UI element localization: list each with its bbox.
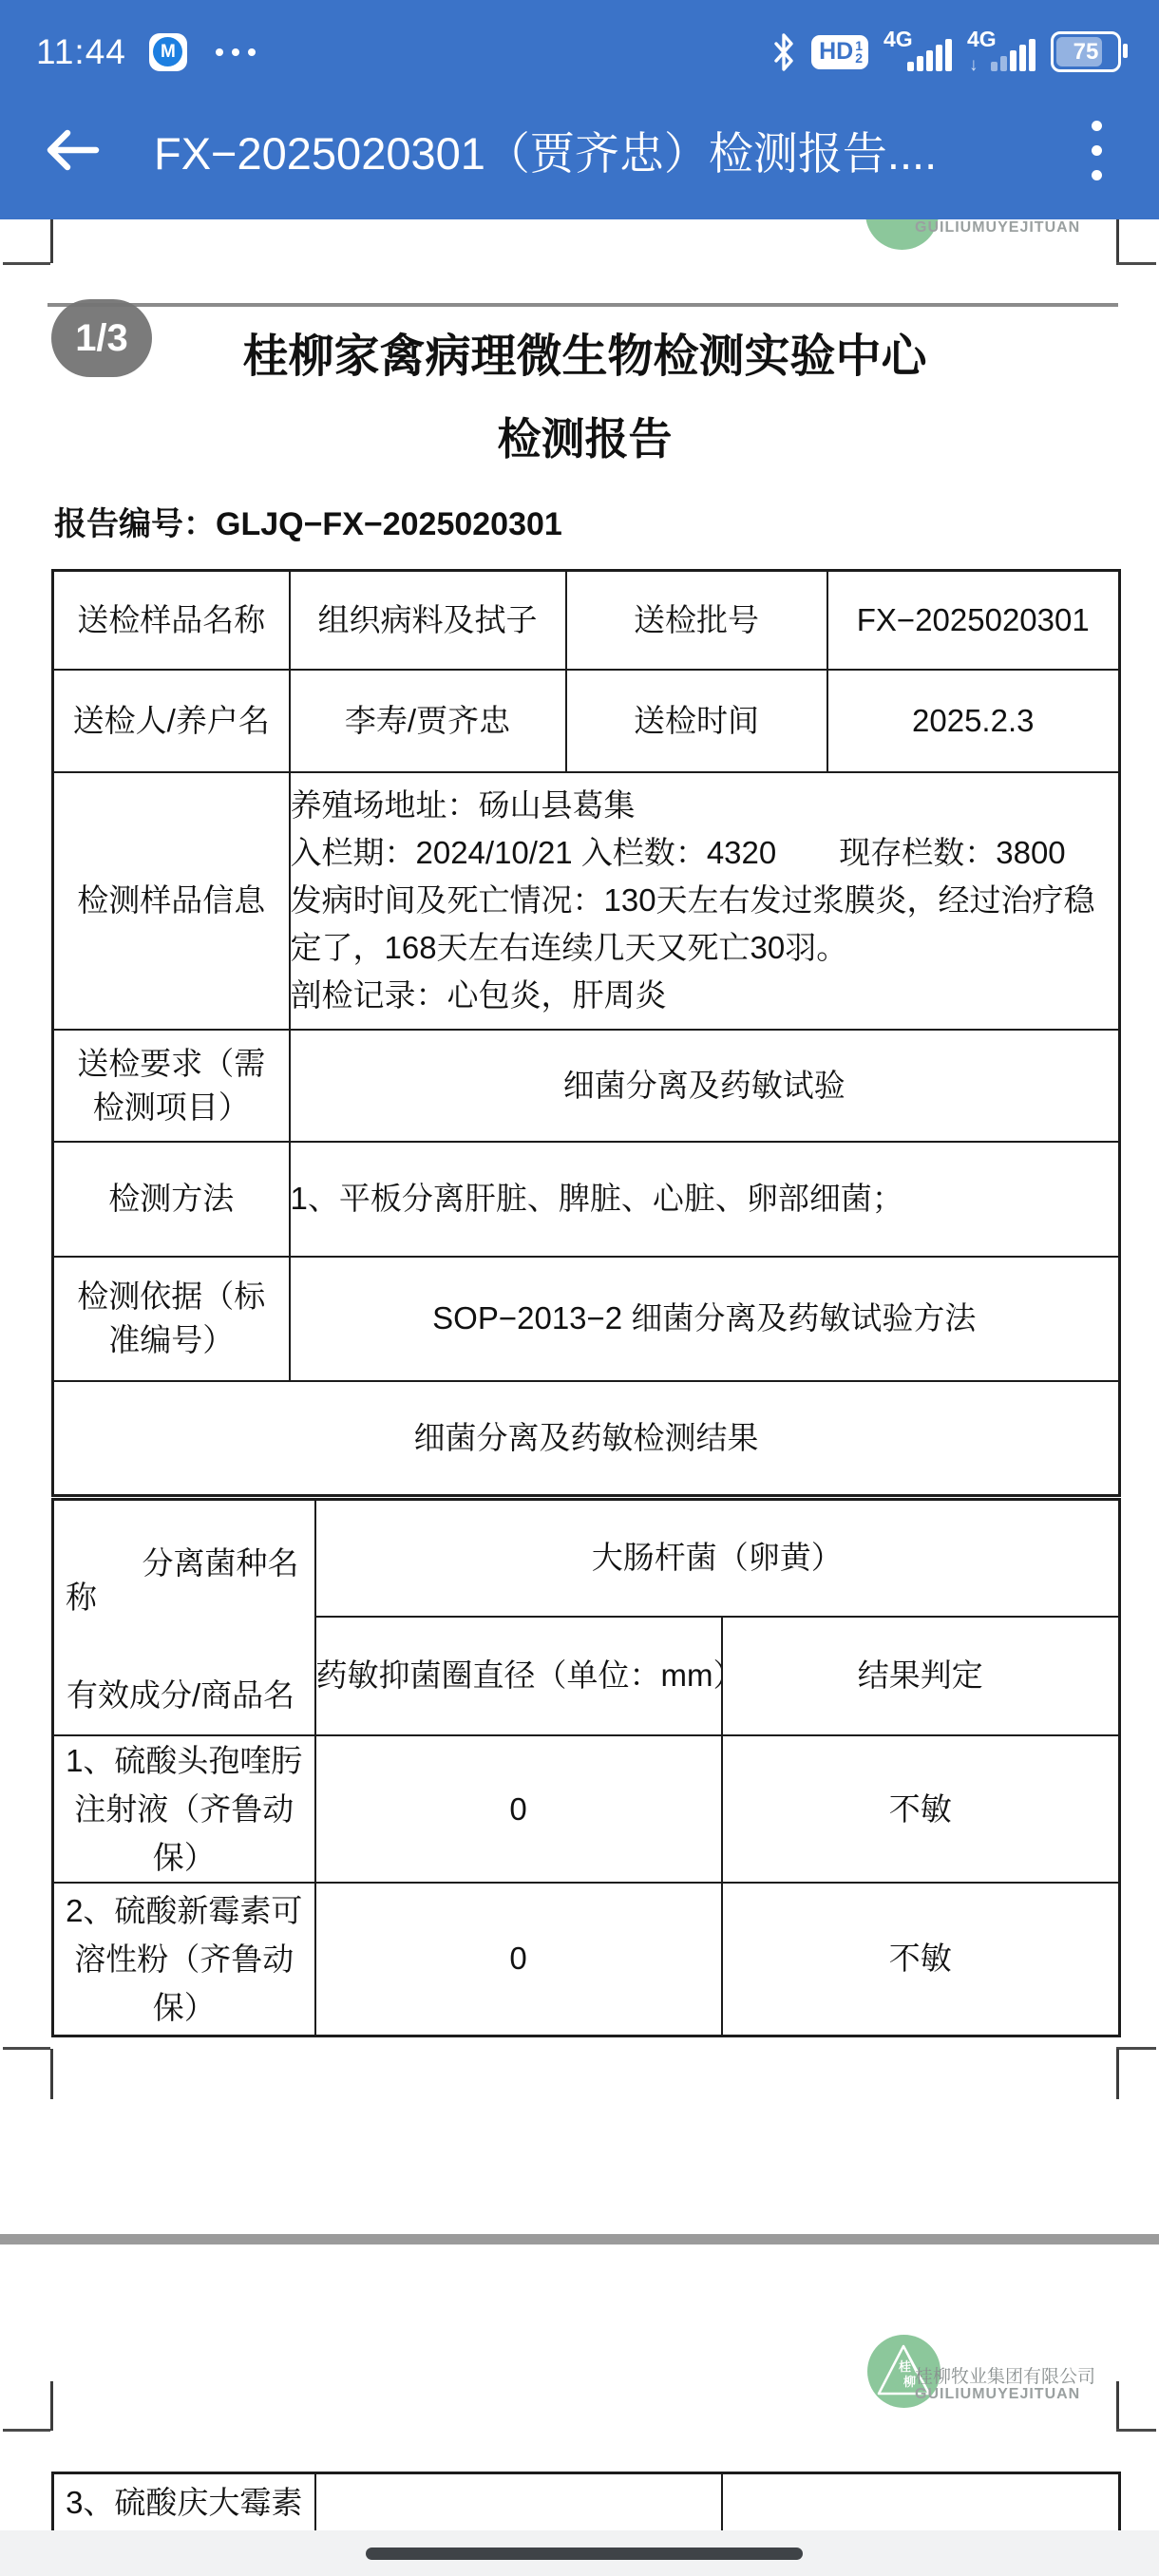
result-section-title: 细菌分离及药敏检测结果 xyxy=(53,1381,1120,1496)
info-line: 剖检记录：心包炎，肝周炎 xyxy=(291,972,1119,1019)
label-line: 检测项目） xyxy=(54,1086,289,1129)
page-edge-mark xyxy=(3,2047,50,2050)
page-edge-mark xyxy=(1116,219,1119,263)
page-edge-mark xyxy=(3,2429,50,2432)
page-edge-mark xyxy=(50,2381,53,2431)
diameter-value xyxy=(315,2473,722,2532)
battery-percent: 75 xyxy=(1073,39,1099,66)
info-line: 入栏期：2024/10/21 入栏数：4320 现存栏数：3800 xyxy=(291,829,1119,877)
judge-value xyxy=(722,2473,1120,2532)
volte-hd-icon: HD 1 2 xyxy=(811,35,868,69)
m-letter-icon: M xyxy=(153,37,182,66)
page-indicator-badge: 1/3 xyxy=(51,299,152,377)
battery-icon: 75 xyxy=(1051,31,1121,72)
label-line: 准编号） xyxy=(54,1318,289,1362)
drug-line: 1、硫酸头孢喹肟 xyxy=(54,1736,314,1785)
table-row: 检测样品信息 养殖场地址：砀山县葛集 入栏期：2024/10/21 入栏数：43… xyxy=(53,772,1120,1030)
cell-value: 1、平板分离肝脏、脾脏、心脏、卵部细菌； xyxy=(290,1142,1120,1257)
susceptibility-result-table: 分离菌种名 称 有效成分/商品名 大肠杆菌（卵黄） 药敏抑菌圈直径（单位：mm）… xyxy=(51,1498,1121,2037)
status-left: 11:44 M xyxy=(36,32,256,72)
cell-label: 送检时间 xyxy=(566,670,827,772)
watermark-text-cn: 桂柳牧业集团有限公司 xyxy=(915,2362,1095,2388)
table-row: 送检样品名称 组织病料及拭子 送检批号 FX−2025020301 xyxy=(53,571,1120,670)
table-row: 2、硫酸新霉素可 溶性粉（齐鲁动 保） 0 不敏 xyxy=(53,1883,1120,2036)
cell-label: 检测方法 xyxy=(53,1142,290,1257)
cell-label: 送检要求（需 检测项目） xyxy=(53,1030,290,1142)
overflow-menu-button[interactable] xyxy=(1084,113,1110,188)
signal-bars-sim1 xyxy=(907,39,952,71)
table-row: 1、硫酸头孢喹肟 注射液（齐鲁动 保） 0 不敏 xyxy=(53,1735,1120,1883)
page-edge-mark xyxy=(50,219,53,263)
table-row: 检测方法 1、平板分离肝脏、脾脏、心脏、卵部细菌； xyxy=(53,1142,1120,1257)
drug-name-cell: 1、硫酸头孢喹肟 注射液（齐鲁动 保） xyxy=(53,1735,315,1883)
diameter-value: 0 xyxy=(315,1883,722,2036)
app-header: 11:44 M HD 1 2 4G xyxy=(0,0,1159,219)
hd-sim2: 2 xyxy=(855,52,863,65)
page-edge-mark xyxy=(50,2049,53,2099)
page-edge-mark xyxy=(3,262,50,265)
label-line: 送检要求（需 xyxy=(54,1042,289,1086)
label-line: 检测依据（标 xyxy=(54,1275,289,1318)
bacteria-name-cell: 大肠杆菌（卵黄） xyxy=(315,1500,1120,1617)
drug-name-cell: 2、硫酸新霉素可 溶性粉（齐鲁动 保） xyxy=(53,1883,315,2036)
drug-line: 溶性粉（齐鲁动 xyxy=(54,1935,314,1983)
status-bar: 11:44 M HD 1 2 4G xyxy=(0,0,1159,90)
sample-info-table: 送检样品名称 组织病料及拭子 送检批号 FX−2025020301 送检人/养户… xyxy=(51,569,1121,1497)
page-edge-mark xyxy=(1116,262,1156,265)
watermark-text-en: GUILIUMUYEJITUAN xyxy=(915,2386,1080,2403)
corner-header-cell: 分离菌种名 称 有效成分/商品名 xyxy=(53,1500,315,1736)
table-row: 3、硫酸庆大霉素 xyxy=(53,2473,1120,2532)
info-line: 定了，168天左右连续几天又死亡30羽。 xyxy=(291,924,1119,972)
drug-line: 2、硫酸新霉素可 xyxy=(54,1886,314,1935)
document-viewer[interactable]: GUILIUMUYEJITUAN 1/3 桂柳家禽病理微生物检测实验中心 检测报… xyxy=(0,219,1159,2530)
cell-label: 送检样品名称 xyxy=(53,571,290,670)
watermark-text-en-top: GUILIUMUYEJITUAN xyxy=(915,219,1080,237)
document-title: FX−2025020301（贾齐忠）检测报告.... xyxy=(154,119,937,182)
cell-label: 送检人/养户名 xyxy=(53,670,290,772)
gesture-nav-bar xyxy=(0,2530,1159,2576)
cell-value: SOP−2013−2 细菌分离及药敏试验方法 xyxy=(290,1257,1120,1381)
page-top-rule xyxy=(47,303,1118,307)
cell-label: 检测依据（标 准编号） xyxy=(53,1257,290,1381)
cell-value: 细菌分离及药敏试验 xyxy=(290,1030,1120,1142)
page-edge-mark xyxy=(1116,2049,1119,2099)
cell-label: 检测样品信息 xyxy=(53,772,290,1030)
drug-line: 保） xyxy=(54,1983,314,2032)
data-download-arrow-icon: ↓ xyxy=(969,55,978,76)
report-number: 报告编号：GLJQ−FX−2025020301 xyxy=(54,503,562,545)
drug-line: 保） xyxy=(54,1833,314,1882)
judge-value: 不敏 xyxy=(722,1735,1120,1883)
home-gesture-pill[interactable] xyxy=(366,2548,803,2560)
table-row: 送检人/养户名 李寿/贾齐忠 送检时间 2025.2.3 xyxy=(53,670,1120,772)
signal-sim1-icon: 4G xyxy=(883,30,952,74)
lab-center-name: 桂柳家禽病理微生物检测实验中心 xyxy=(51,327,1118,388)
phone-screen: 11:44 M HD 1 2 4G xyxy=(0,0,1159,2576)
page-edge-mark xyxy=(1116,2047,1156,2050)
page-edge-mark xyxy=(1116,2429,1156,2432)
cell-value: 2025.2.3 xyxy=(827,670,1120,772)
app-bar: FX−2025020301（贾齐忠）检测报告.... xyxy=(0,90,1159,219)
status-right: HD 1 2 4G 4G ↓ 75 xyxy=(771,30,1121,74)
corner-header-bottom: 有效成分/商品名 xyxy=(66,1671,294,1715)
judge-value: 不敏 xyxy=(722,1883,1120,2036)
corner-line: 分离菌种名 xyxy=(66,1546,299,1581)
table-row: 分离菌种名 称 有效成分/商品名 大肠杆菌（卵黄） xyxy=(53,1500,1120,1617)
table-row: 送检要求（需 检测项目） 细菌分离及药敏试验 xyxy=(53,1030,1120,1142)
info-line: 发病时间及死亡情况：130天左右发过浆膜炎，经过治疗稳 xyxy=(291,877,1119,924)
drug-name-cell: 3、硫酸庆大霉素 xyxy=(53,2473,315,2532)
hd-label: HD xyxy=(819,38,853,66)
report-title: 检测报告 xyxy=(51,410,1118,467)
info-line: 养殖场地址：砀山县葛集 xyxy=(291,782,1119,829)
page2-result-table: 3、硫酸庆大霉素 xyxy=(51,2472,1121,2533)
cell-value: 组织病料及拭子 xyxy=(290,571,566,670)
clock: 11:44 xyxy=(36,32,126,72)
back-arrow-icon xyxy=(43,129,100,171)
diameter-value: 0 xyxy=(315,1735,722,1883)
signal-bars-sim2 xyxy=(991,39,1035,71)
page-separator-bar xyxy=(0,2234,1159,2245)
cell-value: 李寿/贾齐忠 xyxy=(290,670,566,772)
hd-sim-numbers: 1 2 xyxy=(855,40,863,65)
column-header-diameter: 药敏抑菌圈直径（单位：mm） xyxy=(315,1617,722,1735)
column-header-judge: 结果判定 xyxy=(722,1617,1120,1735)
page-edge-mark xyxy=(1116,2381,1119,2431)
battery-nub xyxy=(1123,44,1128,58)
sample-info-cell: 养殖场地址：砀山县葛集 入栏期：2024/10/21 入栏数：4320 现存栏数… xyxy=(290,772,1120,1030)
logo-char: 桂 xyxy=(899,2359,911,2374)
drug-line: 注射液（齐鲁动 xyxy=(54,1785,314,1833)
notification-app-icon: M xyxy=(149,33,187,71)
table-row: 检测依据（标 准编号） SOP−2013−2 细菌分离及药敏试验方法 xyxy=(53,1257,1120,1381)
cell-value: FX−2025020301 xyxy=(827,571,1120,670)
signal-sim2-icon: 4G ↓ xyxy=(967,30,1035,74)
bluetooth-icon xyxy=(771,31,796,73)
corner-line: 称 xyxy=(66,1581,299,1615)
table-row: 细菌分离及药敏检测结果 xyxy=(53,1381,1120,1496)
more-notifications-icon xyxy=(216,48,256,56)
back-button[interactable] xyxy=(42,123,101,177)
cell-label: 送检批号 xyxy=(566,571,827,670)
corner-header-top: 分离菌种名 称 xyxy=(66,1546,299,1615)
